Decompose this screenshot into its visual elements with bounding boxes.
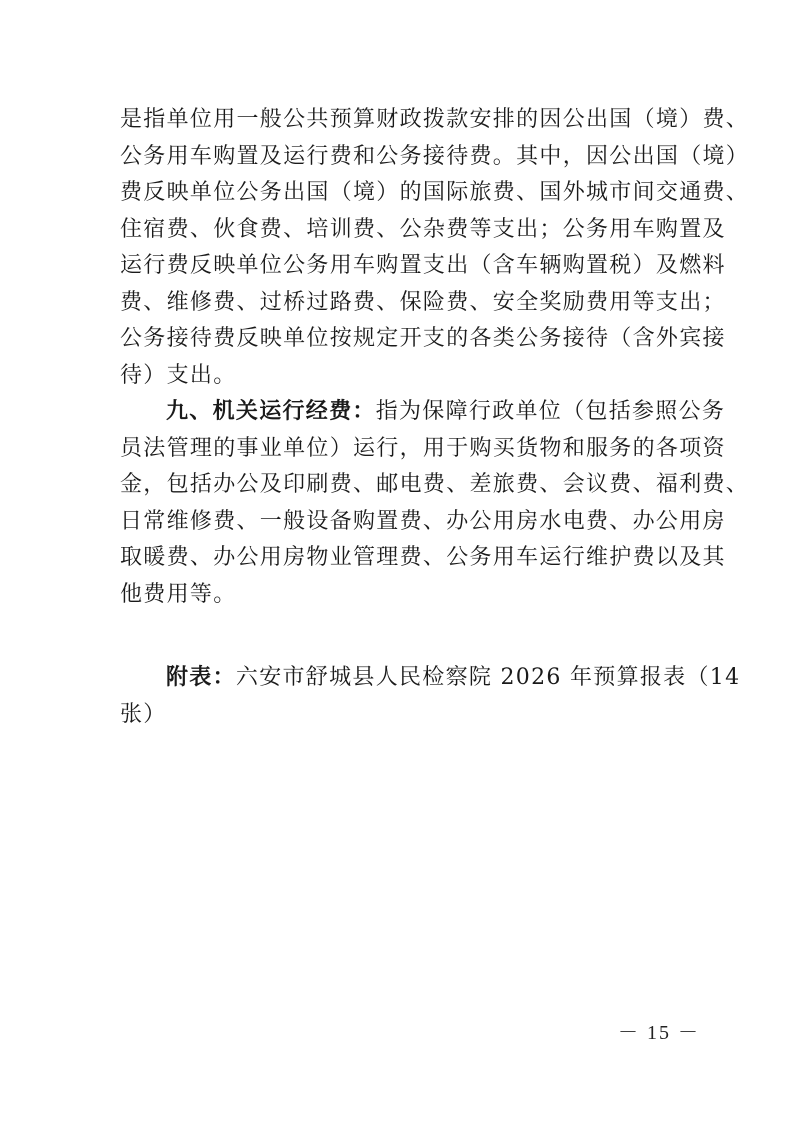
text-line: 员法管理的事业单位）运行，用于购买货物和服务的各项资 xyxy=(120,431,676,468)
text-line: 公务接待费反映单位按规定开支的各类公务接待（含外宾接 xyxy=(120,321,676,358)
paragraph-appendix: 附表：六安市舒城县人民检察院 2026 年预算报表（14 张） xyxy=(120,660,676,733)
paragraph-section-nine: 九、机关运行经费：指为保障行政单位（包括参照公务 员法管理的事业单位）运行，用于… xyxy=(120,394,676,613)
text-line: 金，包括办公及印刷费、邮电费、差旅费、会议费、福利费、 xyxy=(120,467,676,504)
text-line: 费反映单位公务出国（境）的国际旅费、国外城市间交通费、 xyxy=(120,175,676,212)
text-line: 附表：六安市舒城县人民检察院 2026 年预算报表（14 xyxy=(120,660,676,697)
text-line: 取暖费、办公用房物业管理费、公务用车运行维护费以及其 xyxy=(120,540,676,577)
text-line: 日常维修费、一般设备购置费、办公用房水电费、办公用房 xyxy=(120,504,676,541)
text-line: 他费用等。 xyxy=(120,577,676,614)
appendix-label: 附表： xyxy=(166,665,236,690)
text-line: 待）支出。 xyxy=(120,358,676,395)
paragraph-three-public-expenses-continued: 是指单位用一般公共预算财政拨款安排的因公出国（境）费、 公务用车购置及运行费和公… xyxy=(120,102,676,394)
text-line: 费、维修费、过桥过路费、保险费、安全奖励费用等支出； xyxy=(120,285,676,322)
appendix-text: 六安市舒城县人民检察院 2026 年预算报表（14 xyxy=(236,665,740,690)
text-line: 是指单位用一般公共预算财政拨款安排的因公出国（境）费、 xyxy=(120,102,676,139)
section-heading: 九、机关运行经费： xyxy=(166,399,376,424)
text-line: 住宿费、伙食费、培训费、公杂费等支出；公务用车购置及 xyxy=(120,212,676,249)
section-text: 指为保障行政单位（包括参照公务 xyxy=(376,399,726,424)
page-number: － 15 － xyxy=(618,1016,700,1045)
text-line: 九、机关运行经费：指为保障行政单位（包括参照公务 xyxy=(120,394,676,431)
document-page: 是指单位用一般公共预算财政拨款安排的因公出国（境）费、 公务用车购置及运行费和公… xyxy=(0,0,793,1122)
text-line: 公务用车购置及运行费和公务接待费。其中，因公出国（境） xyxy=(120,139,676,176)
text-line: 运行费反映单位公务用车购置支出（含车辆购置税）及燃料 xyxy=(120,248,676,285)
text-line: 张） xyxy=(120,697,676,734)
